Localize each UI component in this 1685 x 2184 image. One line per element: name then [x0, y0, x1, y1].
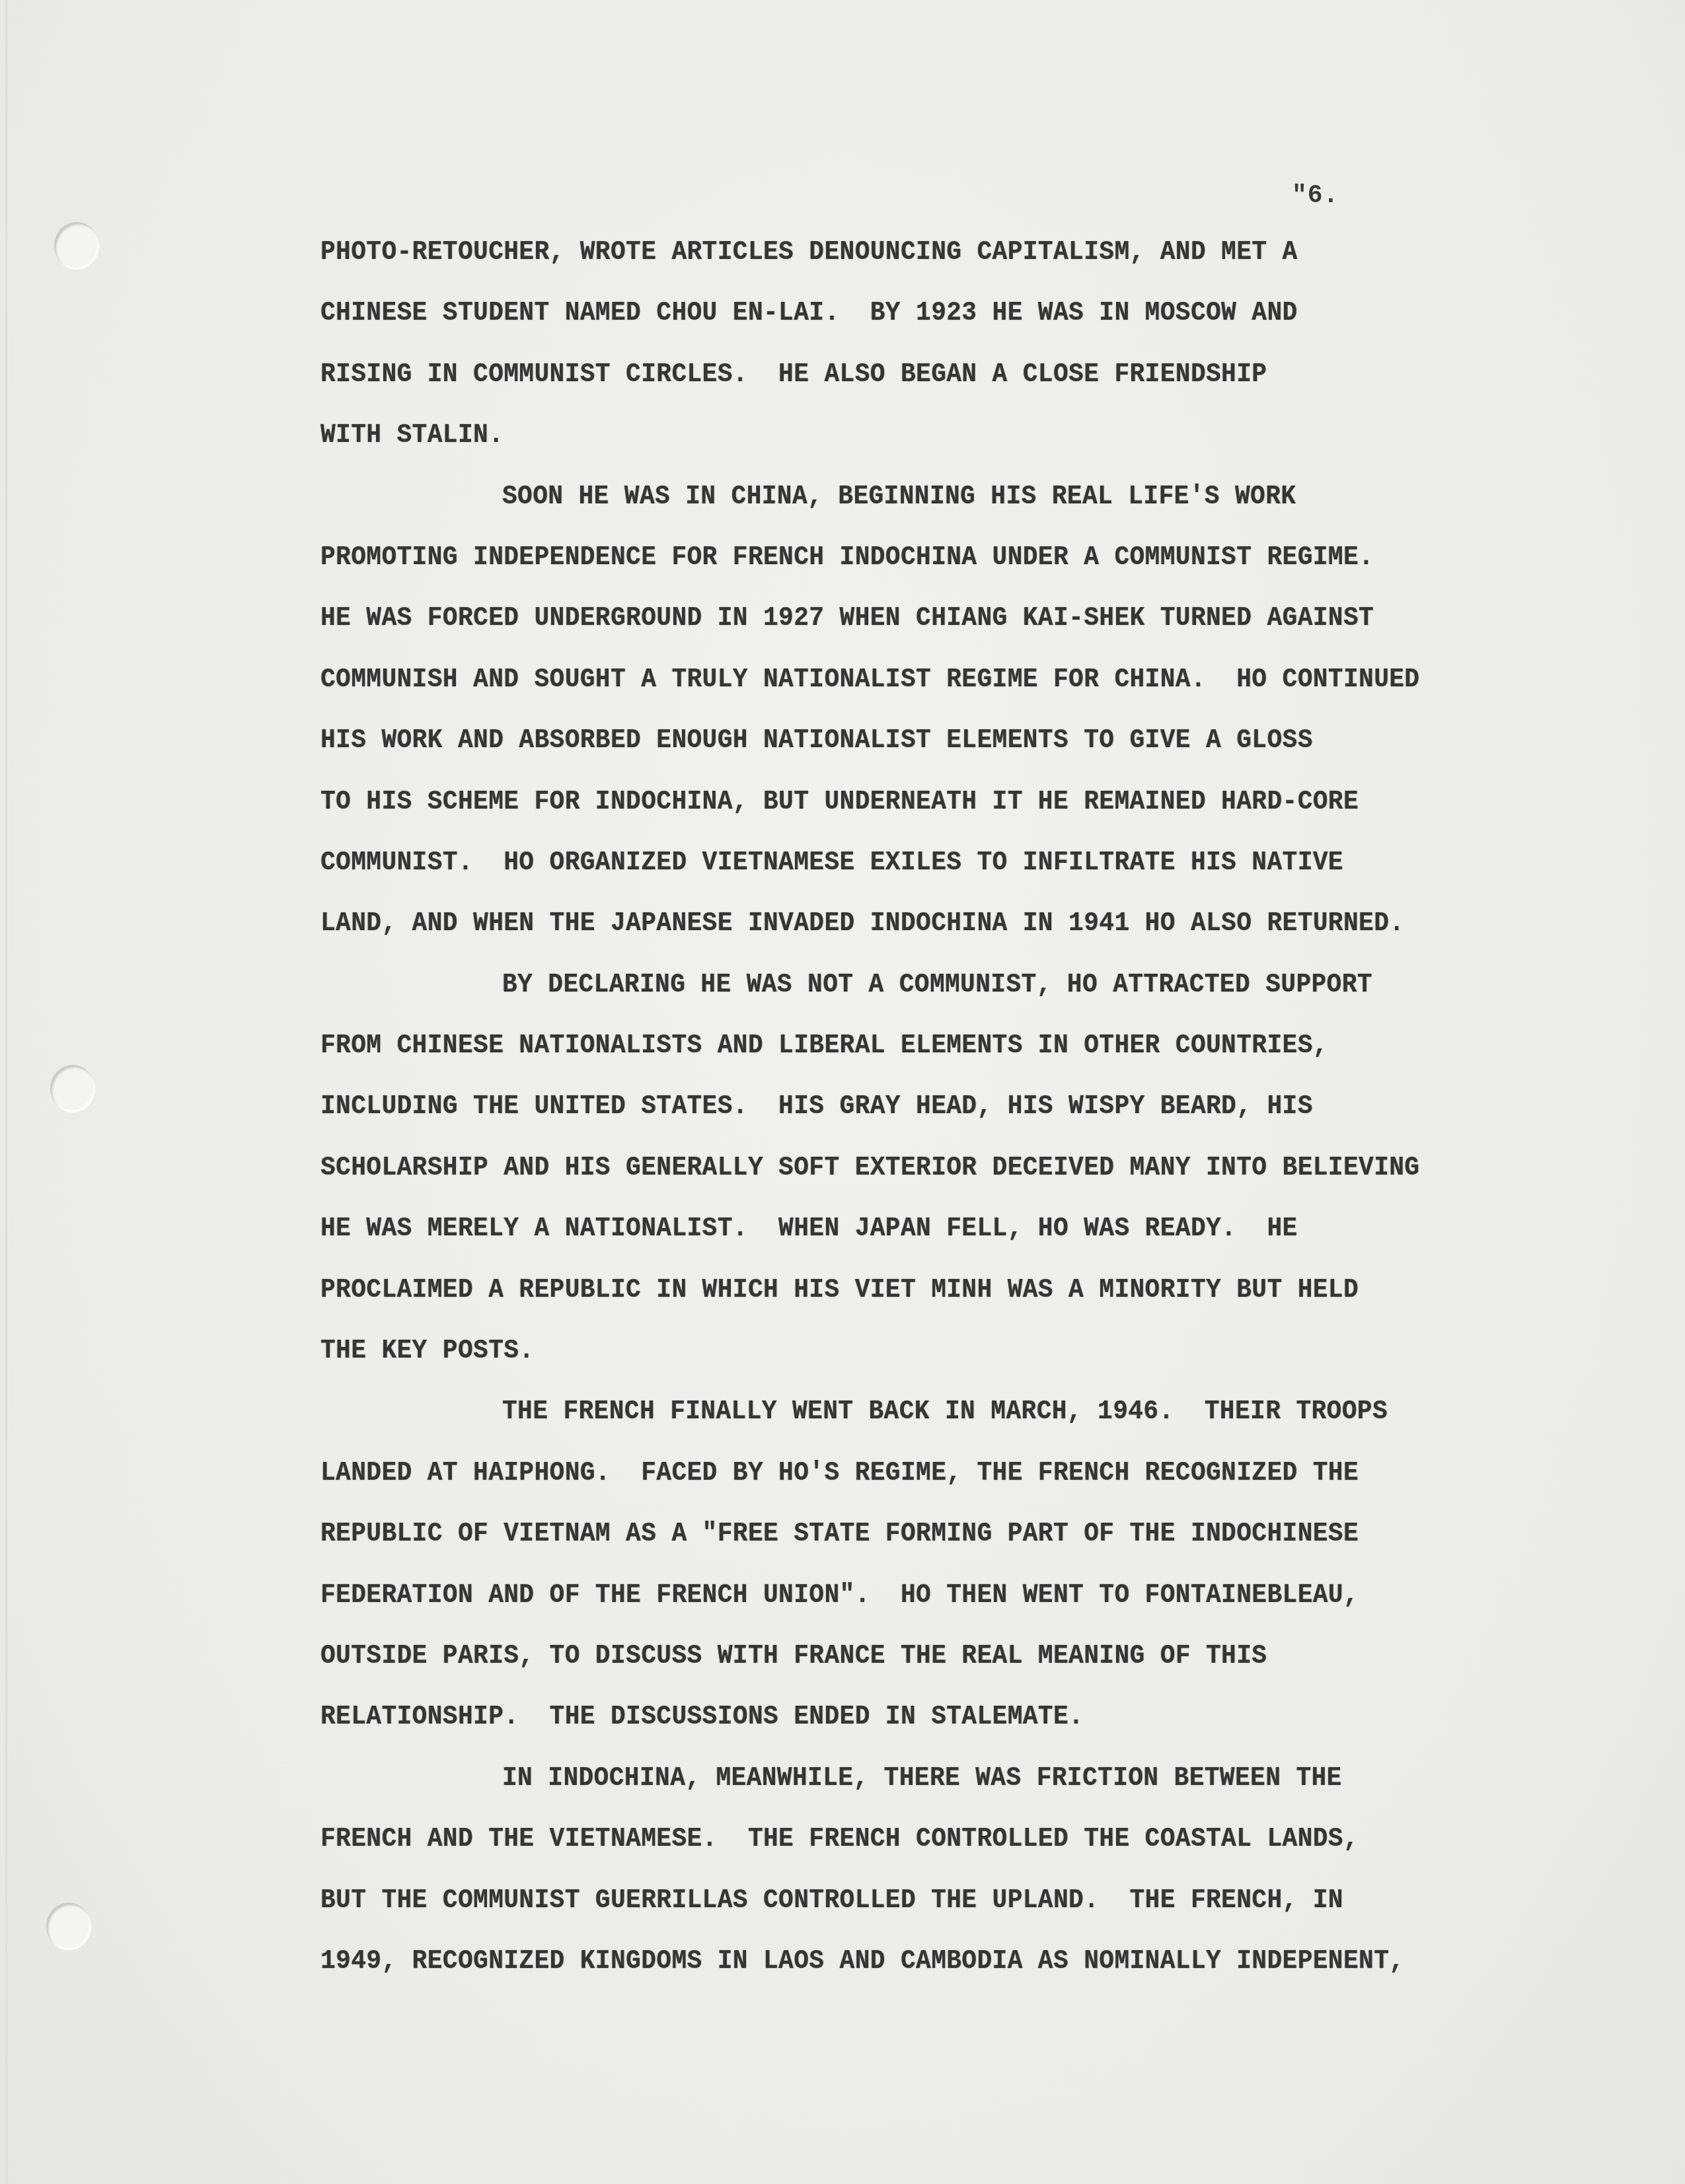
binder-hole-middle	[50, 1065, 95, 1112]
text-line: RELATIONSHIP. THE DISCUSSIONS ENDED IN S…	[320, 1704, 1576, 1768]
paragraph-2: SOON HE WAS IN CHINA, BEGINNING HIS REAL…	[320, 484, 1576, 972]
binder-hole-bottom	[46, 1903, 91, 1950]
text-line: FRENCH AND THE VIETNAMESE. THE FRENCH CO…	[320, 1826, 1576, 1890]
text-line: THE FRENCH FINALLY WENT BACK IN MARCH, 1…	[320, 1399, 1576, 1463]
document-body: PHOTO-RETOUCHER, WROTE ARTICLES DENOUNCI…	[320, 239, 1576, 2009]
text-line: CHINESE STUDENT NAMED CHOU EN-LAI. BY 19…	[320, 300, 1576, 364]
text-line: HIS WORK AND ABSORBED ENOUGH NATIONALIST…	[320, 727, 1576, 791]
text-line: TO HIS SCHEME FOR INDOCHINA, BUT UNDERNE…	[320, 789, 1576, 853]
paragraph-5: IN INDOCHINA, MEANWHILE, THERE WAS FRICT…	[320, 1765, 1576, 2010]
text-line: BUT THE COMMUNIST GUERRILLAS CONTROLLED …	[320, 1887, 1576, 1951]
page-left-edge	[5, 0, 7, 2184]
text-line: FROM CHINESE NATIONALISTS AND LIBERAL EL…	[320, 1033, 1576, 1097]
paragraph-1: PHOTO-RETOUCHER, WROTE ARTICLES DENOUNCI…	[320, 239, 1576, 484]
text-line: COMMUNIST. HO ORGANIZED VIETNAMESE EXILE…	[320, 850, 1576, 914]
text-line: SOON HE WAS IN CHINA, BEGINNING HIS REAL…	[320, 484, 1576, 548]
text-line: FEDERATION AND OF THE FRENCH UNION". HO …	[320, 1582, 1576, 1646]
text-line: COMMUNISH AND SOUGHT A TRULY NATIONALIST…	[320, 667, 1576, 731]
text-line: OUTSIDE PARIS, TO DISCUSS WITH FRANCE TH…	[320, 1643, 1576, 1707]
text-line: HE WAS FORCED UNDERGROUND IN 1927 WHEN C…	[320, 605, 1576, 669]
text-line: RISING IN COMMUNIST CIRCLES. HE ALSO BEG…	[320, 361, 1576, 425]
text-line: LANDED AT HAIPHONG. FACED BY HO'S REGIME…	[320, 1460, 1576, 1524]
scanned-page: "6. PHOTO-RETOUCHER, WROTE ARTICLES DENO…	[0, 0, 1685, 2184]
text-line: PROMOTING INDEPENDENCE FOR FRENCH INDOCH…	[320, 544, 1576, 608]
text-line: INCLUDING THE UNITED STATES. HIS GRAY HE…	[320, 1093, 1576, 1157]
text-line: REPUBLIC OF VIETNAM AS A "FREE STATE FOR…	[320, 1521, 1576, 1585]
text-line: PHOTO-RETOUCHER, WROTE ARTICLES DENOUNCI…	[320, 239, 1576, 303]
text-line: BY DECLARING HE WAS NOT A COMMUNIST, HO …	[320, 972, 1576, 1036]
text-line: LAND, AND WHEN THE JAPANESE INVADED INDO…	[320, 910, 1576, 974]
text-line: IN INDOCHINA, MEANWHILE, THERE WAS FRICT…	[320, 1765, 1576, 1829]
text-line: THE KEY POSTS.	[320, 1338, 1576, 1402]
page-number: "6.	[1292, 182, 1339, 210]
paragraph-3: BY DECLARING HE WAS NOT A COMMUNIST, HO …	[320, 972, 1576, 1399]
binder-hole-top	[54, 222, 99, 270]
text-line: PROCLAIMED A REPUBLIC IN WHICH HIS VIET …	[320, 1277, 1576, 1341]
text-line: HE WAS MERELY A NATIONALIST. WHEN JAPAN …	[320, 1216, 1576, 1280]
text-line: WITH STALIN.	[320, 422, 1576, 486]
paragraph-4: THE FRENCH FINALLY WENT BACK IN MARCH, 1…	[320, 1399, 1576, 1765]
text-line: 1949, RECOGNIZED KINGDOMS IN LAOS AND CA…	[320, 1948, 1576, 2012]
text-line: SCHOLARSHIP AND HIS GENERALLY SOFT EXTER…	[320, 1155, 1576, 1219]
